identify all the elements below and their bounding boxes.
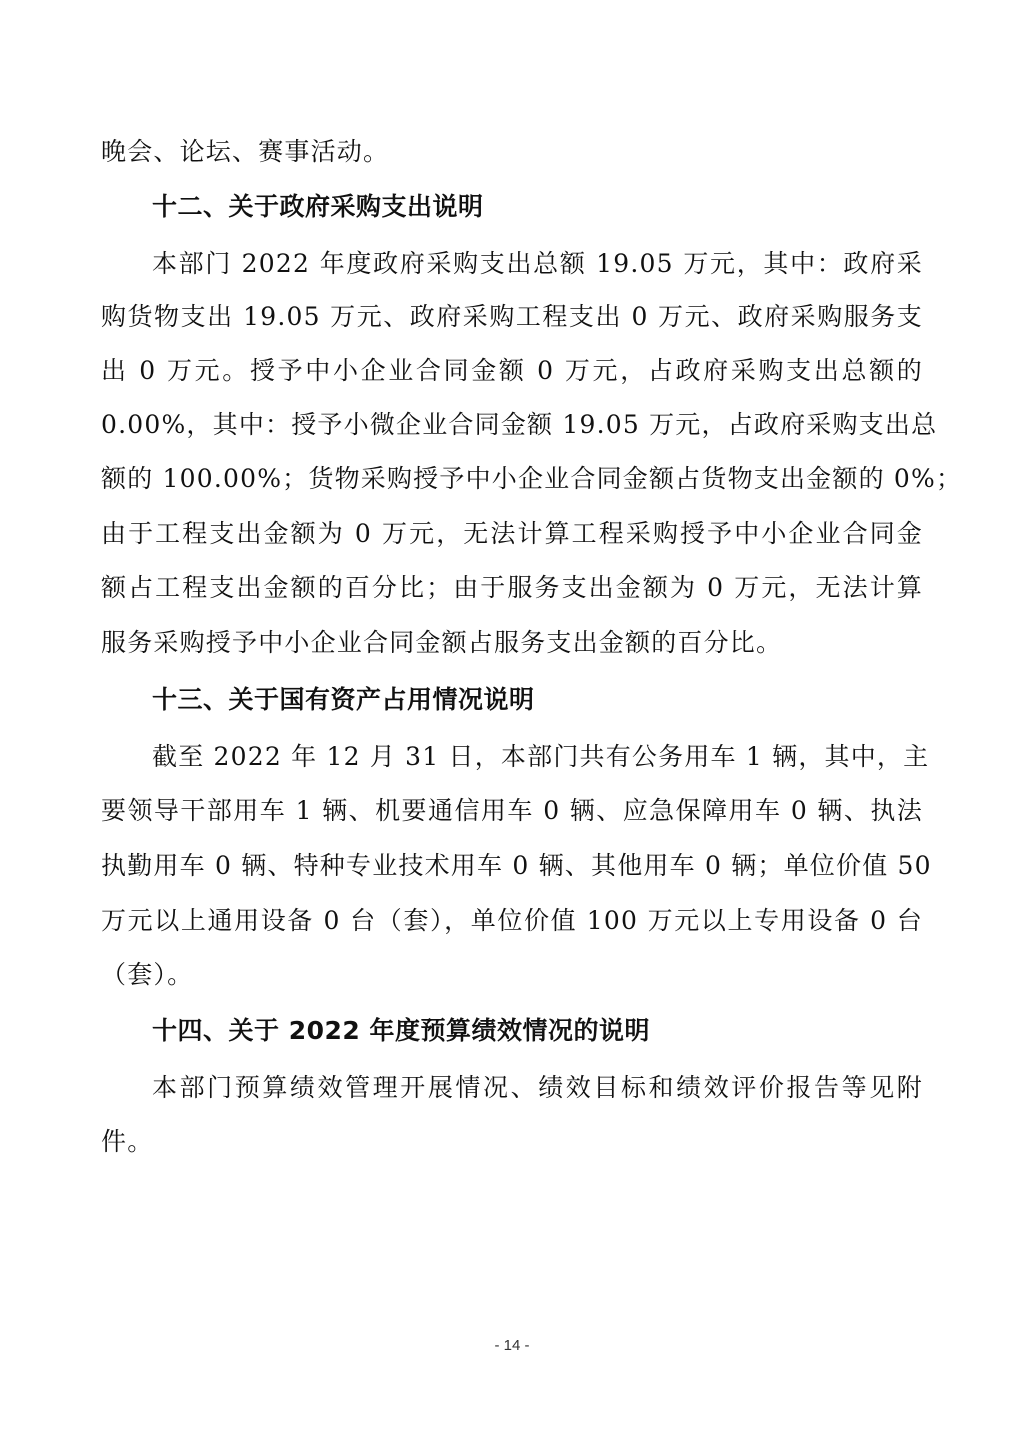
paragraph-line: 本部门 2022 年度政府采购支出总额 19.05 万元，其中：政府采 xyxy=(152,248,923,280)
section-heading-12: 十二、关于政府采购支出说明 xyxy=(152,191,484,223)
paragraph-line: 服务采购授予中小企业合同金额占服务支出金额的百分比。 xyxy=(101,627,923,659)
paragraph-line: 0.00%，其中：授予小微企业合同金额 19.05 万元，占政府采购支出总 xyxy=(101,409,923,441)
section-heading-14: 十四、关于 2022 年度预算绩效情况的说明 xyxy=(152,1015,650,1047)
paragraph-line: 额的 100.00%；货物采购授予中小企业合同金额占货物支出金额的 0%； xyxy=(101,463,923,495)
paragraph-line: 出 0 万元。授予中小企业合同金额 0 万元，占政府采购支出总额的 xyxy=(101,355,923,387)
paragraph-line: 额占工程支出金额的百分比；由于服务支出金额为 0 万元，无法计算 xyxy=(101,572,923,604)
paragraph-line: 晚会、论坛、赛事活动。 xyxy=(101,136,923,168)
paragraph-line: 由于工程支出金额为 0 万元，无法计算工程采购授予中小企业合同金 xyxy=(101,518,923,550)
paragraph-line: 本部门预算绩效管理开展情况、绩效目标和绩效评价报告等见附 xyxy=(152,1072,923,1104)
paragraph-line: 要领导干部用车 1 辆、机要通信用车 0 辆、应急保障用车 0 辆、执法 xyxy=(101,795,923,827)
paragraph-line: 万元以上通用设备 0 台（套），单位价值 100 万元以上专用设备 0 台 xyxy=(101,905,923,937)
paragraph-line: （套）。 xyxy=(101,959,923,991)
page-number: - 14 - xyxy=(0,1337,1024,1354)
document-page: 晚会、论坛、赛事活动。 十二、关于政府采购支出说明 本部门 2022 年度政府采… xyxy=(0,0,1024,1448)
paragraph-line: 截至 2022 年 12 月 31 日，本部门共有公务用车 1 辆，其中，主 xyxy=(152,741,923,773)
paragraph-line: 执勤用车 0 辆、特种专业技术用车 0 辆、其他用车 0 辆；单位价值 50 xyxy=(101,850,923,882)
section-heading-13: 十三、关于国有资产占用情况说明 xyxy=(152,684,535,716)
paragraph-line: 购货物支出 19.05 万元、政府采购工程支出 0 万元、政府采购服务支 xyxy=(101,301,923,333)
paragraph-line: 件。 xyxy=(101,1126,923,1158)
